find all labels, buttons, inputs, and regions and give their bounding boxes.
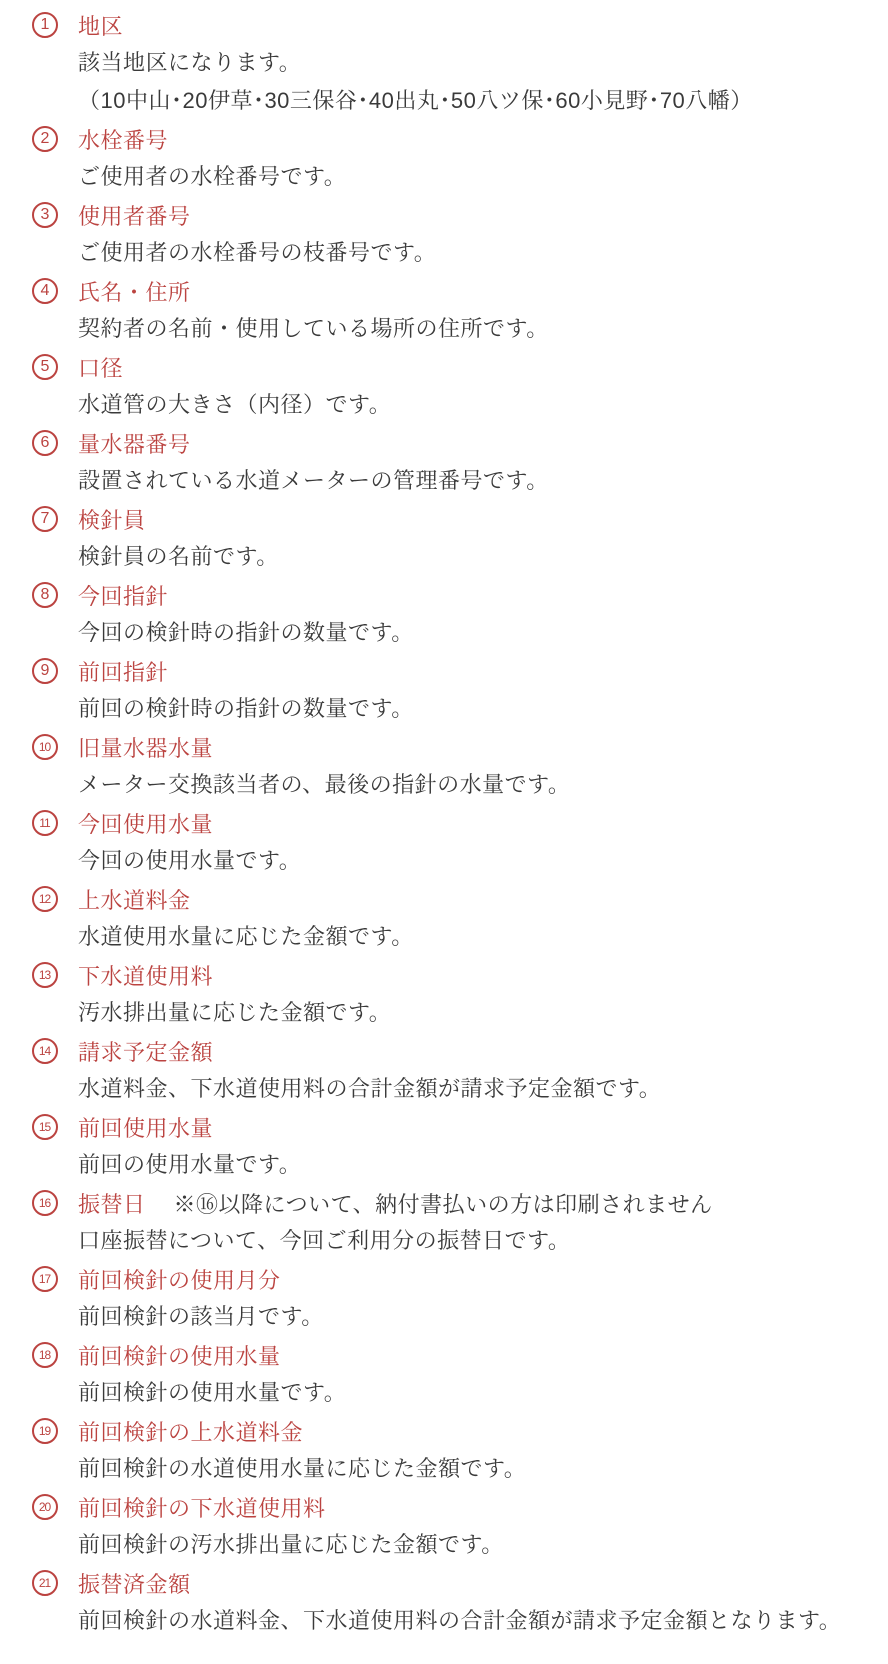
- item-description-group: 契約者の名前・使用している場所の住所です。: [32, 310, 878, 348]
- item-heading-row: 6 量水器番号: [32, 424, 878, 462]
- item-heading: 量水器番号: [78, 428, 191, 459]
- list-item: 18 前回検針の使用水量 前回検針の使用水量です。: [32, 1336, 878, 1412]
- item-heading-row: 14 請求予定金額: [32, 1032, 878, 1070]
- item-number-badge: 14: [32, 1038, 58, 1064]
- item-number-badge: 13: [32, 962, 58, 988]
- item-heading-row: 13 下水道使用料: [32, 956, 878, 994]
- item-description-group: 前回検針の使用水量です。: [32, 1374, 878, 1412]
- item-description: 契約者の名前・使用している場所の住所です。: [78, 310, 878, 348]
- item-description-group: 今回の使用水量です。: [32, 842, 878, 880]
- item-heading-row: 18 前回検針の使用水量: [32, 1336, 878, 1374]
- list-item: 2 水栓番号 ご使用者の水栓番号です。: [32, 120, 878, 196]
- list-item: 6 量水器番号 設置されている水道メーターの管理番号です。: [32, 424, 878, 500]
- item-number-badge: 7: [32, 506, 58, 532]
- item-description-group: 水道管の大きさ（内径）です。: [32, 386, 878, 424]
- item-heading: 振替日: [78, 1188, 146, 1219]
- item-number-badge: 1: [32, 12, 58, 38]
- item-description-group: 前回の検針時の指針の数量です。: [32, 690, 878, 728]
- item-description-group: ご使用者の水栓番号です。: [32, 158, 878, 196]
- item-number-badge: 8: [32, 582, 58, 608]
- item-heading: 前回検針の下水道使用料: [78, 1492, 326, 1523]
- item-heading: 前回検針の使用水量: [78, 1340, 281, 1371]
- item-heading-row: 17 前回検針の使用月分: [32, 1260, 878, 1298]
- item-description: 今回の検針時の指針の数量です。: [78, 614, 878, 652]
- item-heading: 使用者番号: [78, 200, 191, 231]
- item-description-group: 前回の使用水量です。: [32, 1146, 878, 1184]
- item-description-group: メーター交換該当者の、最後の指針の水量です。: [32, 766, 878, 804]
- item-description: 今回の使用水量です。: [78, 842, 878, 880]
- item-number-badge: 20: [32, 1494, 58, 1520]
- item-heading-row: 11 今回使用水量: [32, 804, 878, 842]
- item-number-badge: 3: [32, 202, 58, 228]
- item-heading: 前回使用水量: [78, 1112, 213, 1143]
- list-item: 19 前回検針の上水道料金 前回検針の水道使用水量に応じた金額です。: [32, 1412, 878, 1488]
- item-heading: 地区: [78, 10, 123, 41]
- item-heading: 今回指針: [78, 580, 168, 611]
- item-heading-row: 15 前回使用水量: [32, 1108, 878, 1146]
- list-item: 10 旧量水器水量 メーター交換該当者の、最後の指針の水量です。: [32, 728, 878, 804]
- item-description-group: 水道使用水量に応じた金額です。: [32, 918, 878, 956]
- item-heading-row: 16 振替日 ※⑯以降について、納付書払いの方は印刷されません: [32, 1184, 878, 1222]
- list-item: 11 今回使用水量 今回の使用水量です。: [32, 804, 878, 880]
- item-heading-row: 12 上水道料金: [32, 880, 878, 918]
- item-description: 前回検針の汚水排出量に応じた金額です。: [78, 1526, 878, 1564]
- item-description: 前回検針の該当月です。: [78, 1298, 878, 1336]
- list-item: 7 検針員 検針員の名前です。: [32, 500, 878, 576]
- item-heading: 前回検針の使用月分: [78, 1264, 281, 1295]
- item-description: ご使用者の水栓番号の枝番号です。: [78, 234, 878, 272]
- item-heading: 口径: [78, 352, 123, 383]
- item-heading-row: 10 旧量水器水量: [32, 728, 878, 766]
- item-description: 汚水排出量に応じた金額です。: [78, 994, 878, 1032]
- list-item: 3 使用者番号 ご使用者の水栓番号の枝番号です。: [32, 196, 878, 272]
- item-number-badge: 11: [32, 810, 58, 836]
- item-description-group: 前回検針の汚水排出量に応じた金額です。: [32, 1526, 878, 1564]
- list-item: 17 前回検針の使用月分 前回検針の該当月です。: [32, 1260, 878, 1336]
- item-heading-row: 5 口径: [32, 348, 878, 386]
- item-number-badge: 10: [32, 734, 58, 760]
- list-item: 20 前回検針の下水道使用料 前回検針の汚水排出量に応じた金額です。: [32, 1488, 878, 1564]
- item-heading: 上水道料金: [78, 884, 191, 915]
- item-number-badge: 4: [32, 278, 58, 304]
- item-number-badge: 12: [32, 886, 58, 912]
- item-heading-row: 2 水栓番号: [32, 120, 878, 158]
- item-description-group: 前回検針の水道使用水量に応じた金額です。: [32, 1450, 878, 1488]
- item-number-badge: 5: [32, 354, 58, 380]
- item-description: 水道管の大きさ（内径）です。: [78, 386, 878, 424]
- item-description-group: 前回検針の水道料金、下水道使用料の合計金額が請求予定金額となります。: [32, 1602, 878, 1640]
- list-item: 21 振替済金額 前回検針の水道料金、下水道使用料の合計金額が請求予定金額となり…: [32, 1564, 878, 1640]
- item-number-badge: 16: [32, 1190, 58, 1216]
- list-item: 15 前回使用水量 前回の使用水量です。: [32, 1108, 878, 1184]
- item-heading-row: 8 今回指針: [32, 576, 878, 614]
- item-number-badge: 19: [32, 1418, 58, 1444]
- item-description: 前回の使用水量です。: [78, 1146, 878, 1184]
- item-description: （10中山･20伊草･30三保谷･40出丸･50八ツ保･60小見野･70八幡）: [78, 82, 878, 120]
- item-heading: 今回使用水量: [78, 808, 213, 839]
- item-number-badge: 15: [32, 1114, 58, 1140]
- item-heading-row: 3 使用者番号: [32, 196, 878, 234]
- list-item: 16 振替日 ※⑯以降について、納付書払いの方は印刷されません 口座振替について…: [32, 1184, 878, 1260]
- list-item: 14 請求予定金額 水道料金、下水道使用料の合計金額が請求予定金額です。: [32, 1032, 878, 1108]
- list-item: 1 地区 該当地区になります。（10中山･20伊草･30三保谷･40出丸･50八…: [32, 6, 878, 120]
- item-heading: 水栓番号: [78, 124, 168, 155]
- item-heading: 前回指針: [78, 656, 168, 687]
- item-description: メーター交換該当者の、最後の指針の水量です。: [78, 766, 878, 804]
- item-heading-note: ※⑯以降について、納付書払いの方は印刷されません: [174, 1188, 713, 1219]
- item-number-badge: 18: [32, 1342, 58, 1368]
- item-heading-row: 7 検針員: [32, 500, 878, 538]
- item-description: 水道料金、下水道使用料の合計金額が請求予定金額です。: [78, 1070, 878, 1108]
- list-item: 4 氏名・住所 契約者の名前・使用している場所の住所です。: [32, 272, 878, 348]
- item-description-group: 該当地区になります。（10中山･20伊草･30三保谷･40出丸･50八ツ保･60…: [32, 44, 878, 120]
- item-heading-row: 21 振替済金額: [32, 1564, 878, 1602]
- item-heading-row: 20 前回検針の下水道使用料: [32, 1488, 878, 1526]
- item-heading: 氏名・住所: [78, 276, 191, 307]
- item-number-badge: 21: [32, 1570, 58, 1596]
- item-description: 該当地区になります。: [78, 44, 878, 82]
- item-heading: 検針員: [78, 504, 146, 535]
- item-description-group: 検針員の名前です。: [32, 538, 878, 576]
- item-description: 設置されている水道メーターの管理番号です。: [78, 462, 878, 500]
- item-description: 前回の検針時の指針の数量です。: [78, 690, 878, 728]
- item-number-badge: 2: [32, 126, 58, 152]
- list-item: 9 前回指針 前回の検針時の指針の数量です。: [32, 652, 878, 728]
- item-heading: 前回検針の上水道料金: [78, 1416, 303, 1447]
- item-heading-row: 9 前回指針: [32, 652, 878, 690]
- item-description: 検針員の名前です。: [78, 538, 878, 576]
- item-heading: 旧量水器水量: [78, 732, 213, 763]
- list-item: 12 上水道料金 水道使用水量に応じた金額です。: [32, 880, 878, 956]
- item-description-group: 水道料金、下水道使用料の合計金額が請求予定金額です。: [32, 1070, 878, 1108]
- item-description-group: ご使用者の水栓番号の枝番号です。: [32, 234, 878, 272]
- item-description-group: 今回の検針時の指針の数量です。: [32, 614, 878, 652]
- item-number-badge: 9: [32, 658, 58, 684]
- item-number-badge: 17: [32, 1266, 58, 1292]
- item-heading: 振替済金額: [78, 1568, 191, 1599]
- item-description: 前回検針の使用水量です。: [78, 1374, 878, 1412]
- list-item: 13 下水道使用料 汚水排出量に応じた金額です。: [32, 956, 878, 1032]
- item-number-badge: 6: [32, 430, 58, 456]
- item-description-group: 口座振替について、今回ご利用分の振替日です。: [32, 1222, 878, 1260]
- item-description: 前回検針の水道料金、下水道使用料の合計金額が請求予定金額となります。: [78, 1602, 878, 1640]
- item-heading-row: 1 地区: [32, 6, 878, 44]
- list-item: 8 今回指針 今回の検針時の指針の数量です。: [32, 576, 878, 652]
- item-description: ご使用者の水栓番号です。: [78, 158, 878, 196]
- item-heading-row: 19 前回検針の上水道料金: [32, 1412, 878, 1450]
- item-heading: 請求予定金額: [78, 1036, 213, 1067]
- item-description-group: 汚水排出量に応じた金額です。: [32, 994, 878, 1032]
- item-heading-row: 4 氏名・住所: [32, 272, 878, 310]
- item-heading: 下水道使用料: [78, 960, 213, 991]
- item-description: 水道使用水量に応じた金額です。: [78, 918, 878, 956]
- item-description: 口座振替について、今回ご利用分の振替日です。: [78, 1222, 878, 1260]
- item-description-group: 設置されている水道メーターの管理番号です。: [32, 462, 878, 500]
- item-description-group: 前回検針の該当月です。: [32, 1298, 878, 1336]
- item-description: 前回検針の水道使用水量に応じた金額です。: [78, 1450, 878, 1488]
- field-legend-document: 1 地区 該当地区になります。（10中山･20伊草･30三保谷･40出丸･50八…: [0, 0, 888, 1640]
- list-item: 5 口径 水道管の大きさ（内径）です。: [32, 348, 878, 424]
